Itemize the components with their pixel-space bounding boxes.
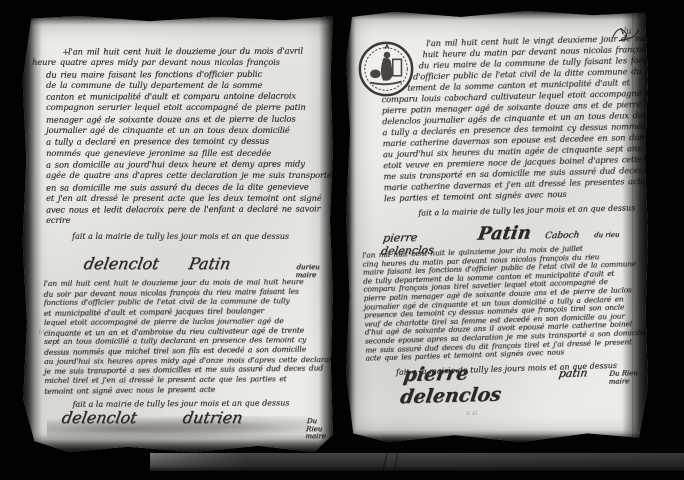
witness-signature: Caboch: [545, 230, 581, 241]
death-act-left-2: l'an mil huit cent huit le douzieme jour…: [44, 277, 335, 409]
witness-signature: delenclot: [82, 254, 160, 273]
witness-signature: Patin: [477, 222, 533, 244]
death-act-right-2: l'an mil huit cent huit le quinzieme jou…: [362, 243, 646, 377]
film-scratch: [394, 449, 399, 471]
torn-edge-bottom: [346, 430, 648, 442]
mayor-signature: du rieu: [593, 231, 632, 239]
handwriting-line: de la commune de tully departement de la…: [46, 80, 330, 91]
mayor-signature: Du Rieu maire: [305, 418, 328, 441]
witness-signature: patin: [557, 366, 588, 380]
handwriting-line: a tully a declaré en presence des temoin…: [46, 136, 330, 149]
film-scratch: [382, 449, 388, 471]
paper-stain: [47, 416, 308, 442]
handwriting-line: avec nous et ledit delacroix pere de l'e…: [46, 204, 330, 217]
right-page: Vu l'an mil huit cent huit le vingt deux…: [346, 11, 648, 442]
act-body-lines: l'an mil huit cent huit le douzieme jour…: [46, 46, 330, 227]
signature-row: pierre delenclos patin Du Rieu maire: [401, 358, 642, 408]
microfilm-scan: + Ets l'an mil huit cent huit le douziem…: [0, 0, 684, 480]
torn-edge-top: [22, 16, 333, 25]
handwriting-line: l'an mil huit cent huit le douzieme jour…: [46, 45, 330, 58]
act-body-lines: l'an mil huit cent huit le vingt deuxiem…: [380, 33, 646, 204]
handwriting-line: nommés que genevieve jeronime sa fille e…: [46, 148, 330, 159]
witness-signature: Patin: [187, 254, 232, 273]
handwriting-line: agée de quatre ans d'apres cette declara…: [46, 170, 330, 181]
faint-pencil-mark: a si: [466, 409, 477, 417]
act-body-lines: l'an mil huit cent huit le quinzieme jou…: [362, 243, 645, 363]
death-act-right-1: l'an mil huit cent huit le vingt deuxiem…: [380, 33, 646, 218]
torn-edge-left: [22, 16, 42, 452]
handwriting-line: a son domicille au jourd'hui deux heure …: [46, 158, 330, 171]
handwriting-line: compagnon serurier lequel etoit accompag…: [46, 102, 330, 113]
table-surface-band: [150, 453, 684, 471]
torn-edge-top: [346, 11, 648, 20]
handwriting-line: et j'en ait dressé le present acte que l…: [46, 193, 330, 204]
left-page: + Ets l'an mil huit cent huit le douziem…: [22, 16, 333, 452]
torn-edge-left: [346, 11, 356, 442]
witness-signature: pierre delenclos: [399, 361, 540, 409]
handwriting-line: en sa domicille me suis assuré du deces …: [46, 181, 330, 194]
handwriting-line: ecrire: [46, 215, 330, 226]
signature-row: delenclot Patin durieu maire: [84, 254, 324, 279]
handwriting-line: du rieu maire faisant les fonctions d'of…: [46, 68, 330, 81]
handwriting-line: menager agé de soixante douze ans et de …: [46, 113, 330, 126]
handwriting-line: heure quatre apres midy par devant nous …: [32, 57, 330, 68]
handwriting-line: canton et municipalité d'ault et comparu…: [46, 91, 330, 104]
act-closing-line: fait a la mairie de tully les jour mois …: [46, 232, 330, 241]
act-body-lines: l'an mil huit cent huit le douzieme jour…: [44, 277, 335, 395]
act-closing-line: fait a la mairie de tully les jour mois …: [384, 203, 646, 218]
mayor-signature: Du Rieu maire: [608, 370, 642, 386]
death-act-left-1: l'an mil huit cent huit le douzieme jour…: [46, 46, 330, 241]
